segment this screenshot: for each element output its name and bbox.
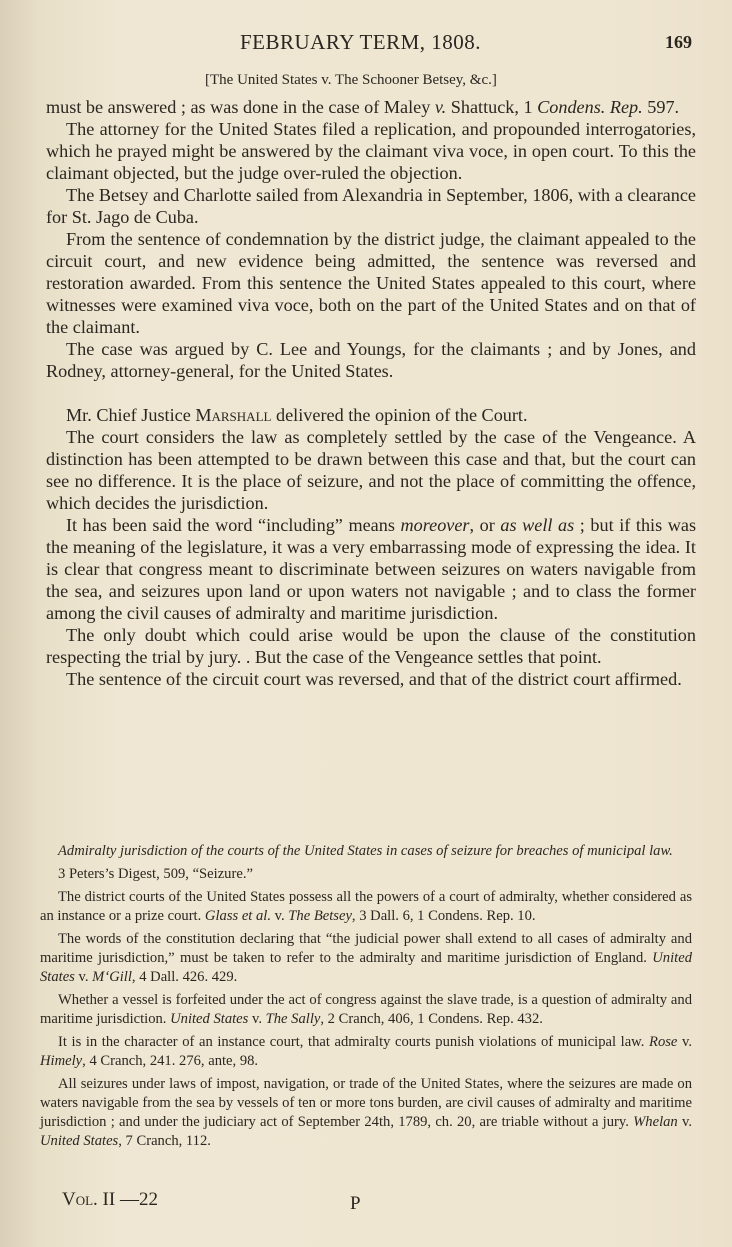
text: United States [40, 1133, 118, 1149]
text: , 3 Dall. 6, 1 Condens. Rep. 10. [352, 908, 536, 924]
text: v. [248, 1011, 265, 1027]
text: v. [677, 1034, 692, 1050]
text: , or [470, 515, 501, 535]
note: All seizures under laws of impost, navig… [40, 1075, 692, 1151]
text: All seizures under laws of impost, navig… [40, 1076, 692, 1130]
note: 3 Peters’s Digest, 509, “Seizure.” [40, 865, 692, 884]
text: 597. [643, 97, 679, 117]
text: delivered the opinion of the Court. [271, 405, 527, 425]
text: M‘Gill [92, 969, 132, 985]
text: must be answered ; as was done in the ca… [46, 97, 435, 117]
note: Whether a vessel is forfeited under the … [40, 991, 692, 1029]
text: Shattuck, 1 [446, 97, 537, 117]
text: Mr. Chief Justice [66, 405, 195, 425]
page-footer: Vol. II —22 P [0, 1189, 732, 1219]
case-caption: [The United States v. The Schooner Betse… [205, 72, 497, 89]
paragraph: The case was argued by C. Lee and Youngs… [46, 338, 696, 382]
text: , 4 Dall. 426. 429. [132, 969, 237, 985]
paragraph: The sentence of the circuit court was re… [46, 668, 696, 690]
justice-name: Marshall [195, 405, 271, 425]
paragraph: The court considers the law as completel… [46, 426, 696, 514]
text: The Betsey [288, 908, 352, 924]
main-text: must be answered ; as was done in the ca… [46, 96, 696, 690]
page-number: 169 [665, 32, 692, 53]
text: Rose [649, 1034, 677, 1050]
note: The district courts of the United States… [40, 888, 692, 926]
text: Glass et al. [205, 908, 271, 924]
text: Himely [40, 1053, 82, 1069]
paragraph: The attorney for the United States filed… [46, 118, 696, 184]
signature-letter: P [350, 1193, 361, 1215]
text: as well as [500, 515, 574, 535]
text: , 7 Cranch, 112. [118, 1133, 211, 1149]
text: Admiralty jurisdiction of the courts of … [58, 843, 673, 859]
text: moreover [400, 515, 469, 535]
text: v. [75, 969, 92, 985]
running-head: FEBRUARY TERM, 1808. 169 [0, 30, 732, 54]
paragraph: The only doubt which could arise would b… [46, 624, 696, 668]
paragraph: The Betsey and Charlotte sailed from Ale… [46, 184, 696, 228]
citation: Condens. Rep. [537, 97, 643, 117]
text: v. [678, 1114, 692, 1130]
note: It is in the character of an instance co… [40, 1033, 692, 1071]
note: The words of the constitution declaring … [40, 930, 692, 987]
text: The words of the constitution declaring … [40, 931, 692, 966]
paragraph: From the sentence of condemnation by the… [46, 228, 696, 338]
volume-signature: Vol. II —22 [62, 1189, 158, 1211]
text: It has been said the word “including” me… [66, 515, 400, 535]
paragraph: must be answered ; as was done in the ca… [46, 96, 696, 118]
notes-heading: Admiralty jurisdiction of the courts of … [40, 842, 692, 861]
text: Whelan [633, 1114, 678, 1130]
text: It is in the character of an instance co… [58, 1034, 649, 1050]
text: United States [170, 1011, 248, 1027]
text: v. [435, 97, 446, 117]
text: , 4 Cranch, 241. 276, ante, 98. [82, 1053, 258, 1069]
paragraph: It has been said the word “including” me… [46, 514, 696, 624]
annotation-notes: Admiralty jurisdiction of the courts of … [40, 842, 692, 1155]
opinion-intro: Mr. Chief Justice Marshall delivered the… [46, 404, 696, 426]
book-page: FEBRUARY TERM, 1808. 169 [The United Sta… [0, 0, 732, 1247]
running-title: FEBRUARY TERM, 1808. [240, 30, 481, 55]
text: v. [271, 908, 288, 924]
text: The Sally [266, 1011, 321, 1027]
text: , 2 Cranch, 406, 1 Condens. Rep. 432. [320, 1011, 543, 1027]
